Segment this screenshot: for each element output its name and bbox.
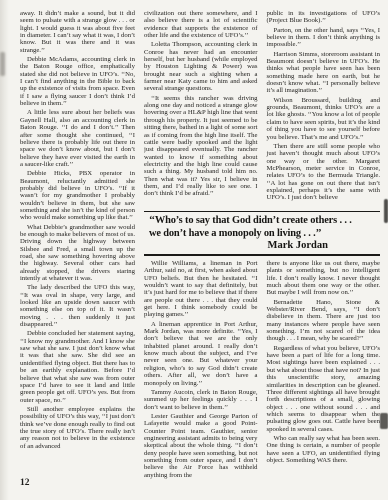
- paragraph: Still another employee explains the poss…: [20, 406, 135, 450]
- paragraph: Parton, on the other hand, says ‘‘Yes, I…: [267, 27, 381, 49]
- text-column-2-bottom: Willie Williams, a lineman in Port Arthu…: [144, 260, 258, 479]
- paragraph: Debbie McAdams, accounting clerk in the …: [20, 56, 135, 107]
- pull-quote: ‘‘Who’s to say that God didn’t create ot…: [144, 211, 380, 256]
- text-column-3-top: public in its investigations of UFO’s (P…: [267, 10, 381, 207]
- paragraph: The lady described the UFO this way, ‘‘I…: [20, 284, 135, 328]
- paragraph: A little less sure about her beliefs was…: [20, 109, 135, 168]
- paragraph: Willie Williams, a lineman in Port Arthu…: [144, 260, 258, 319]
- paragraph: away. It didn’t make a sound, but it did…: [20, 10, 135, 54]
- paragraph: civilization out there somewhere, and I …: [144, 10, 258, 39]
- paragraph: Debbie Hicks, PBX operator in Beaumont, …: [20, 170, 135, 221]
- text-column-3-bottom: there is anyone like us out there, maybe…: [267, 260, 381, 479]
- paragraph: Wilson Broussard, building and grounds, …: [267, 97, 381, 141]
- scanned-document-page: away. It didn’t make a sound, but it did…: [0, 0, 388, 500]
- upper-columns: civilization out there somewhere, and I …: [144, 10, 380, 207]
- paragraph: Bernadette Hano, Stone & Webster/River B…: [267, 299, 381, 343]
- paragraph: ‘‘It seems this rancher was driving alon…: [144, 95, 258, 198]
- scan-smudge-right-bottom: [380, 413, 388, 429]
- paragraph: Tammy Aucoin, clerk in Baton Rouge, summ…: [144, 389, 258, 411]
- columns-2-3-area: civilization out there somewhere, and I …: [144, 10, 380, 479]
- paragraph: Lester Gauthier and George Parton of Laf…: [144, 413, 258, 479]
- pull-quote-attribution: Mark Jordan: [268, 240, 377, 252]
- paragraph: public in its investigations of UFO’s (P…: [267, 10, 381, 25]
- paragraph: Harrison Simms, storeroom assistant in B…: [267, 51, 381, 95]
- lower-columns: Willie Williams, a lineman in Port Arthu…: [144, 260, 380, 479]
- scan-smudge-left: [0, 52, 5, 76]
- paragraph: Who can really say what has been seen. O…: [267, 435, 381, 464]
- paragraph: Regardless of what you believe, UFO’s ha…: [267, 345, 381, 433]
- paragraph: Loletta Thompson, accounting clerk in Co…: [144, 41, 258, 92]
- paragraph: Then there are still some people who jus…: [267, 143, 381, 202]
- text-column-2-top: civilization out there somewhere, and I …: [144, 10, 258, 207]
- page-number: 12: [20, 478, 30, 488]
- article-body: away. It didn’t make a sound, but it did…: [20, 10, 380, 479]
- paragraph: A lineman apprentice in Port Arthur, Mar…: [144, 321, 258, 387]
- paragraph: there is anyone like us out there, maybe…: [267, 260, 381, 297]
- paragraph: Debbie concluded her statement saying, ‘…: [20, 330, 135, 403]
- pull-quote-line-1: ‘‘Who’s to say that God didn’t create ot…: [149, 215, 377, 228]
- paragraph: What Debbie’s grandmother saw would be e…: [20, 224, 135, 283]
- text-column-1: away. It didn’t make a sound, but it did…: [20, 10, 135, 479]
- scan-smudge-right-top: [384, 199, 388, 223]
- pull-quote-line-2: we don’t have a monopoly on living . . .…: [149, 228, 377, 241]
